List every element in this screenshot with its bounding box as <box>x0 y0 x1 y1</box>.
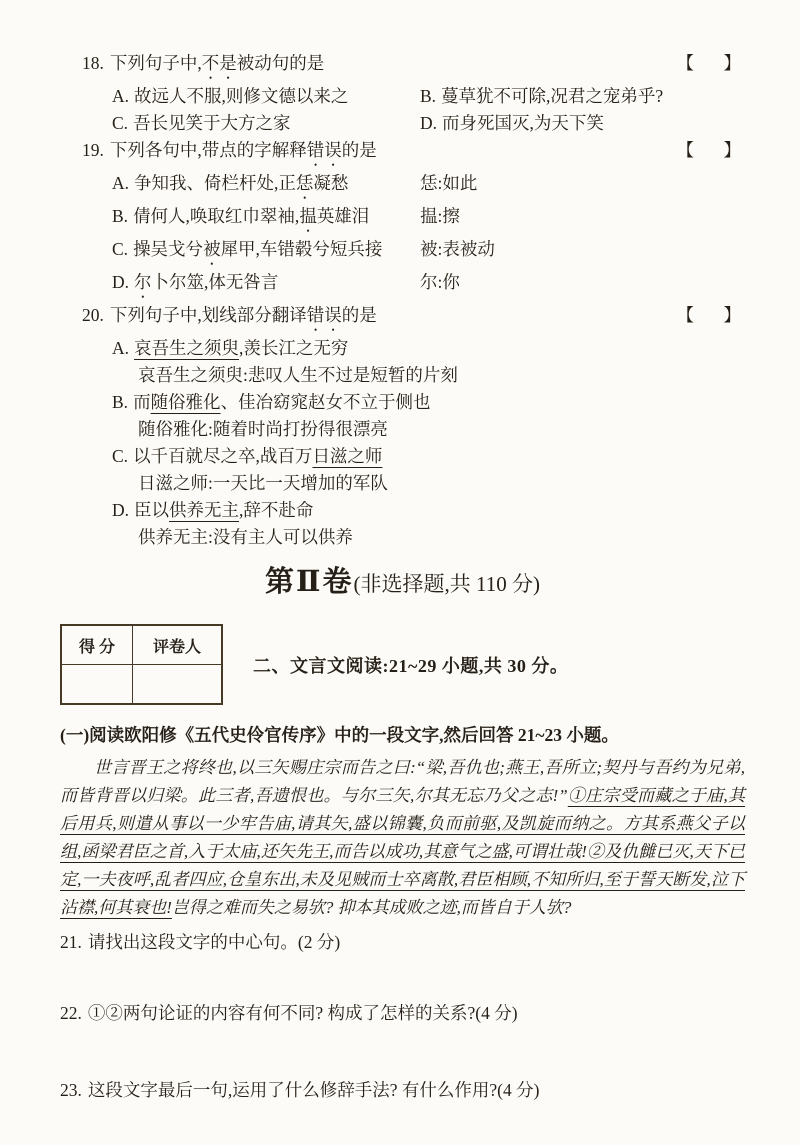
question-18-number: 18. <box>82 53 104 73</box>
question-20-number: 20. <box>82 305 104 325</box>
reading-passage: 世言晋王之将终也,以三矢赐庄宗而告之曰:“梁,吾仇也;燕王,吾所立;契丹与吾约为… <box>60 754 745 922</box>
option-label: A. <box>112 86 129 106</box>
score-table: 得 分 评卷人 <box>60 624 223 705</box>
question-19-stem: 19.下列各句中,带点的字解释错误的是 【 】 <box>82 137 745 170</box>
option-text: 英雄泪 <box>317 206 370 226</box>
question-21: 21.请找出这段文字的中心句。(2 分) <box>60 929 745 956</box>
question-20-emphasis-dots: 错误 <box>307 305 342 325</box>
option-text: 故远人不服,则修文德以来之 <box>134 86 348 106</box>
part2-title-sub: (非选择题,共 110 分) <box>353 572 539 596</box>
option-label: B. <box>112 206 128 226</box>
dotted-char: 被 <box>203 239 221 259</box>
option-sentence: B.而随俗雅化、佳冶窈窕赵女不立于侧也 <box>112 389 745 416</box>
section2-header-row: 得 分 评卷人 二、文言文阅读:21~29 小题,共 30 分。 <box>60 624 745 705</box>
question-18: 18.下列句子中,不是被动句的是 【 】 A.故远人不服,则修文德以来之 B.蔓… <box>60 50 745 137</box>
passage-plain-2: 岂得之难而失之易欤? 抑本其成败之迹,而皆自于人欤? <box>172 898 572 917</box>
question-19-stem-pre: 下列各句中,带点的字解释 <box>110 140 307 160</box>
gloss-text: 尔:你 <box>420 269 745 302</box>
option-text: 操吴戈兮 <box>133 239 203 259</box>
gloss-text: 揾:擦 <box>420 203 745 236</box>
score-value-cell <box>61 665 133 705</box>
question-18-option-b: B.蔓草犹不可除,况君之宠弟乎? <box>420 83 745 110</box>
question-18-stem-post: 被动句的是 <box>237 53 325 73</box>
option-label: C. <box>112 446 128 466</box>
underlined-phrase: 供养无主 <box>169 500 239 520</box>
question-22-text: ①②两句论证的内容有何不同? 构成了怎样的关系?(4 分) <box>88 1003 518 1023</box>
option-translation: 哀吾生之须臾:悲叹人生不过是短暂的片刻 <box>138 362 745 389</box>
question-18-option-d: D.而身死国灭,为天下笑 <box>420 110 745 137</box>
question-19-option-d: D.尔卜尔筮,体无咎言 尔:你 <box>112 269 745 302</box>
question-18-options: A.故远人不服,则修文德以来之 B.蔓草犹不可除,况君之宠弟乎? C.吾长见笑于… <box>112 83 745 137</box>
option-label: D. <box>112 272 129 292</box>
option-sentence: A.哀吾生之须臾,羡长江之无穷 <box>112 335 745 362</box>
option-sentence: A.争知我、倚栏杆处,正恁凝愁 <box>112 170 420 203</box>
question-20-stem-post: 的是 <box>342 305 377 325</box>
score-label-cell: 得 分 <box>61 625 133 665</box>
question-19-option-a: A.争知我、倚栏杆处,正恁凝愁 恁:如此 <box>112 170 745 203</box>
question-23: 23.这段文字最后一句,运用了什么修辞手法? 有什么作用?(4 分) <box>60 1077 745 1104</box>
question-22-number: 22. <box>60 1003 82 1023</box>
dotted-char: 尔 <box>134 272 152 292</box>
question-20-answer-bracket: 【 】 <box>677 302 748 329</box>
option-text: 卜尔筮,体无咎言 <box>152 272 279 292</box>
question-20-option-b: B.而随俗雅化、佳冶窈窕赵女不立于侧也 随俗雅化:随着时尚打扮得很漂亮 <box>112 389 745 443</box>
option-label: C. <box>112 239 128 259</box>
option-label: B. <box>112 392 128 412</box>
question-19-number: 19. <box>82 140 104 160</box>
option-text: 倩何人,唤取红巾翠袖, <box>133 206 299 226</box>
question-20-option-a: A.哀吾生之须臾,羡长江之无穷 哀吾生之须臾:悲叹人生不过是短暂的片刻 <box>112 335 745 389</box>
part2-title: 第Ⅱ卷(非选择题,共 110 分) <box>60 561 745 608</box>
question-20-stem: 20.下列句子中,划线部分翻译错误的是 【 】 <box>82 302 745 335</box>
option-sentence: D.尔卜尔筮,体无咎言 <box>112 269 420 302</box>
question-18-stem-pre: 下列句子中, <box>110 53 202 73</box>
question-23-text: 这段文字最后一句,运用了什么修辞手法? 有什么作用?(4 分) <box>88 1080 540 1100</box>
option-label: A. <box>112 173 129 193</box>
option-label: B. <box>420 86 436 106</box>
question-20-option-c: C.以千百就尽之卒,战百万日滋之师 日滋之师:一天比一天增加的军队 <box>112 443 745 497</box>
option-text: ,羡长江之无穷 <box>239 338 348 358</box>
question-20-options: A.哀吾生之须臾,羡长江之无穷 哀吾生之须臾:悲叹人生不过是短暂的片刻 B.而随… <box>112 335 745 551</box>
question-21-text: 请找出这段文字的中心句。(2 分) <box>88 932 340 952</box>
option-text: 而身死国灭,为天下笑 <box>442 113 604 133</box>
dotted-char: 恁 <box>296 173 314 193</box>
question-18-option-c: C.吾长见笑于大方之家 <box>112 110 420 137</box>
question-23-number: 23. <box>60 1080 82 1100</box>
underlined-phrase: 日滋之师 <box>312 446 382 466</box>
option-label: C. <box>112 113 128 133</box>
grader-label-cell: 评卷人 <box>133 625 223 665</box>
option-text: 、佳冶窈窕赵女不立于侧也 <box>221 392 431 412</box>
dotted-char: 揾 <box>299 206 317 226</box>
option-sentence: C.操吴戈兮被犀甲,车错毂兮短兵接 <box>112 236 420 269</box>
question-19-answer-bracket: 【 】 <box>677 137 748 164</box>
option-text: 争知我、倚栏杆处,正 <box>134 173 296 193</box>
question-19-emphasis-dots: 错误 <box>307 140 342 160</box>
question-18-emphasis-dots: 不是 <box>202 53 237 73</box>
option-text: 蔓草犹不可除,况君之宠弟乎? <box>441 86 663 106</box>
question-18-stem: 18.下列句子中,不是被动句的是 【 】 <box>82 50 745 83</box>
question-20-option-d: D.臣以供养无主,辞不赴命 供养无主:没有主人可以供养 <box>112 497 745 551</box>
score-table-blank-row <box>61 665 222 705</box>
exam-page: 18.下列句子中,不是被动句的是 【 】 A.故远人不服,则修文德以来之 B.蔓… <box>0 0 800 1145</box>
option-sentence: D.臣以供养无主,辞不赴命 <box>112 497 745 524</box>
question-18-answer-bracket: 【 】 <box>677 50 748 77</box>
option-text: 而 <box>133 392 151 412</box>
reading-intro: (一)阅读欧阳修《五代史伶官传序》中的一段文字,然后回答 21~23 小题。 <box>60 722 745 749</box>
option-translation: 供养无主:没有主人可以供养 <box>138 524 745 551</box>
question-22: 22.①②两句论证的内容有何不同? 构成了怎样的关系?(4 分) <box>60 1000 745 1027</box>
option-text: 以千百就尽之卒,战百万 <box>133 446 312 466</box>
gloss-text: 恁:如此 <box>420 170 745 203</box>
option-sentence: C.以千百就尽之卒,战百万日滋之师 <box>112 443 745 470</box>
option-text: 犀甲,车错毂兮短兵接 <box>221 239 383 259</box>
option-label: D. <box>112 500 129 520</box>
question-21-number: 21. <box>60 932 82 952</box>
option-text: 凝愁 <box>313 173 348 193</box>
question-19-option-c: C.操吴戈兮被犀甲,车错毂兮短兵接 被:表被动 <box>112 236 745 269</box>
question-18-option-a: A.故远人不服,则修文德以来之 <box>112 83 420 110</box>
option-text: 吾长见笑于大方之家 <box>133 113 291 133</box>
option-sentence: B.倩何人,唤取红巾翠袖,揾英雄泪 <box>112 203 420 236</box>
underlined-phrase: 随俗雅化 <box>151 392 221 412</box>
question-20: 20.下列句子中,划线部分翻译错误的是 【 】 A.哀吾生之须臾,羡长江之无穷 … <box>60 302 745 551</box>
question-20-stem-pre: 下列句子中,划线部分翻译 <box>110 305 307 325</box>
grader-value-cell <box>133 665 223 705</box>
question-19: 19.下列各句中,带点的字解释错误的是 【 】 A.争知我、倚栏杆处,正恁凝愁 … <box>60 137 745 302</box>
gloss-text: 被:表被动 <box>420 236 745 269</box>
option-label: D. <box>420 113 437 133</box>
question-19-options: A.争知我、倚栏杆处,正恁凝愁 恁:如此 B.倩何人,唤取红巾翠袖,揾英雄泪 揾… <box>112 170 745 302</box>
option-translation: 日滋之师:一天比一天增加的军队 <box>138 470 745 497</box>
option-text: ,辞不赴命 <box>239 500 313 520</box>
option-text: 臣以 <box>134 500 169 520</box>
option-translation: 随俗雅化:随着时尚打扮得很漂亮 <box>138 416 745 443</box>
question-19-stem-post: 的是 <box>342 140 377 160</box>
score-table-header-row: 得 分 评卷人 <box>61 625 222 665</box>
part2-title-main: 第Ⅱ卷 <box>265 566 353 598</box>
option-label: A. <box>112 338 129 358</box>
question-19-option-b: B.倩何人,唤取红巾翠袖,揾英雄泪 揾:擦 <box>112 203 745 236</box>
underlined-phrase: 哀吾生之须臾 <box>134 338 239 358</box>
section2-heading: 二、文言文阅读:21~29 小题,共 30 分。 <box>253 652 568 678</box>
